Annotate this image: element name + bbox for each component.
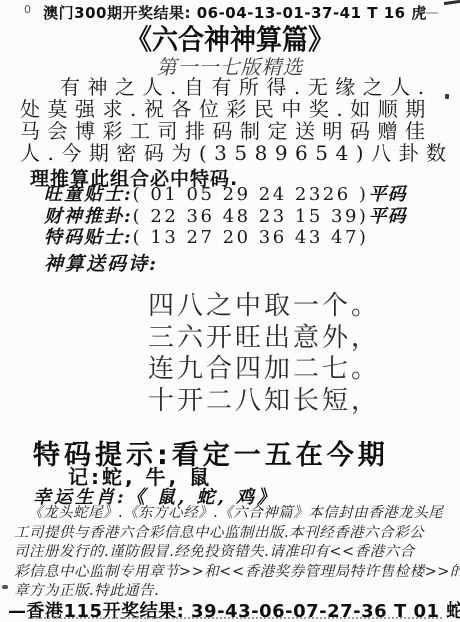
- disclaimer-line: 彩信息中心监制专用章节>>和<<香港奖券管理局特许售检楼>>的: [14, 563, 452, 583]
- code-poem: 四八之中取一个。 三六开旺出意外， 连九合四加二七。 十开二八知长短，: [148, 291, 380, 417]
- scan-speck: [445, 94, 449, 99]
- tip-numbers: ( 13 27 20 36 43 47): [133, 227, 369, 248]
- intro-line: 处莫强求.祝各位彩民中奖.如顺期: [20, 98, 450, 120]
- poem-line: 四八之中取一个。: [148, 291, 380, 323]
- intro-line: 有神之人.自有所得.无缘之人.: [20, 76, 450, 98]
- tip-line-tema: 特码贴士:( 13 27 20 36 43 47): [44, 227, 406, 249]
- intro-line: 马会博彩工司排码制定送明码赠佳: [20, 120, 450, 142]
- tips-list: 旺童贴士:( 01 05 29 24 2326 )平码 财神推卦:( 22 36…: [44, 184, 406, 249]
- poem-line: 连九合四加二七。: [148, 354, 380, 386]
- poem-line: 十开二八知长短，: [148, 386, 380, 418]
- publisher-disclaimer: 《龙头蛇尾》.《东方心经》.《六合神篇》本信封由香港龙头尾 工司提供与香港六合彩…: [14, 504, 452, 602]
- scan-speck: [426, 12, 438, 14]
- poem-line: 三六开旺出意外，: [148, 323, 380, 355]
- tip-numbers: ( 22 36 48 23 15 39): [133, 206, 369, 227]
- tip-numbers: ( 01 05 29 24 2326 ): [133, 184, 369, 205]
- tip-line-wangtong: 旺童贴士:( 01 05 29 24 2326 )平码: [44, 184, 406, 206]
- tip-suffix: 平码: [368, 184, 406, 205]
- disclaimer-line: 《龙头蛇尾》.《东方心经》.《六合神篇》本信封由香港龙头尾: [14, 504, 452, 524]
- tip-label: 特码贴士:: [44, 227, 133, 248]
- scan-artifact-top-right: [444, 0, 460, 5]
- tip-line-caishen: 财神推卦:( 22 36 48 23 15 39)平码: [44, 206, 406, 228]
- corner-mark: 0: [24, 3, 31, 16]
- disclaimer-line: 工司提供与香港六合彩信息中心监制出版.本刊经香港六合彩公: [14, 524, 452, 544]
- scan-speck: [2, 585, 8, 589]
- tip-label: 旺童贴士:: [44, 184, 133, 205]
- tip-label: 财神推卦:: [44, 206, 133, 227]
- tip-suffix: 平码: [368, 206, 406, 227]
- intro-line: 人.今期密码为(3589654)八卦数: [20, 142, 450, 164]
- scanned-lottery-tipsheet: 0 澳门300期开奖结果: 06-04-13-01-37-41 T 16 虎 《…: [0, 0, 460, 622]
- disclaimer-line: 司注册发行的.谨防假冒.经免投资错失.请准印有<<香港六合: [14, 543, 452, 563]
- intro-paragraph: 有神之人.自有所得.无缘之人. 处莫强求.祝各位彩民中奖.如顺期 马会博彩工司排…: [20, 76, 450, 164]
- scan-dotted-underline: [28, 617, 442, 619]
- poem-heading: 神算送码诗:: [44, 249, 158, 276]
